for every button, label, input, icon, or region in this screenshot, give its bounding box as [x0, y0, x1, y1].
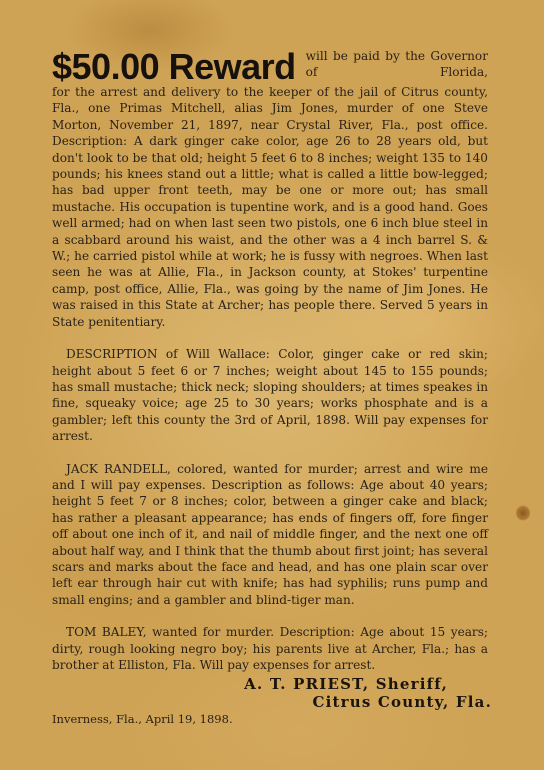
jack-randell-description: JACK RANDELL, colored, wanted for murder… — [52, 461, 488, 609]
will-wallace-description: DESCRIPTION of Will Wallace: Color, ging… — [52, 346, 488, 444]
paper-stain — [516, 505, 530, 521]
reward-headline: $50.00 Reward — [52, 50, 296, 84]
tom-baley-description: TOM BALEY, wanted for murder. Descriptio… — [52, 624, 488, 673]
poster-header: $50.00 Reward will be paid by the Govern… — [52, 48, 488, 84]
dateline: Inverness, Fla., April 19, 1898. — [52, 711, 488, 727]
signature-county: Citrus County, Fla. — [52, 693, 492, 711]
reward-poster: $50.00 Reward will be paid by the Govern… — [52, 48, 488, 728]
primas-mitchell-description: for the arrest and delivery to the keepe… — [52, 84, 488, 330]
signature-sheriff: A. T. PRIEST, Sheriff, — [52, 675, 448, 693]
